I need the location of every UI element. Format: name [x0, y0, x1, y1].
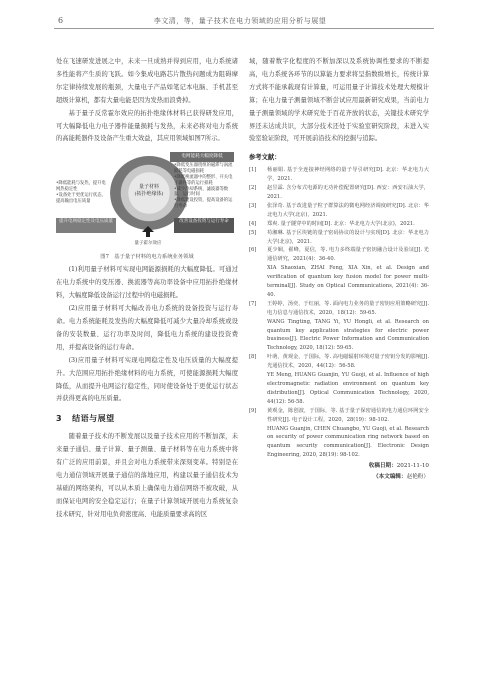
figure-center-label: 量子材料 (拓扑绝缘体): [126, 184, 172, 198]
figure-box-energy-loss: 电网能耗大幅度降低: [170, 152, 234, 162]
reference-item: [9]黄观金，陈创波，于国际，等. 基于量子保密通信的电力通信环网安全性研究[J…: [249, 407, 429, 425]
figure-box-stability: 提升电网稳定性及电压质量: [56, 218, 116, 233]
received-date: 收稿日期：2021-11-10: [249, 461, 429, 472]
reference-english: XIA Shaoxian, ZHAI Feng, XIA Xin, et al.…: [267, 264, 429, 300]
figure-caption: 图7 基于量子材料的电力系统业务领域: [56, 252, 238, 262]
paragraph: 域，随着数字化程度的不断加深以及系统协调性要求的不断提高，电力系统各环节的以算能…: [249, 56, 429, 146]
paragraph: (1)利用量子材料可实现电网能源损耗的大幅度降低。可通过在电力系统中的变压器、换…: [56, 264, 238, 303]
left-column: 处在飞速研发进展之中，未来一旦成熟并得到应用，电力系统诸多性能将产生质的飞跃。如…: [56, 56, 238, 522]
figure-input-label: 量子霍尔效应: [116, 238, 180, 251]
paragraph: 基于量子反常霍尔效应的拓扑绝缘体材料已获得研发应用，可大幅降低电力电子器件能量损…: [56, 108, 238, 147]
reference-list: [1]杨丽娟. 基于全连接神经网络的量子导引研究[D]. 北京：华北电力大学，2…: [249, 166, 429, 460]
right-column: 域，随着数字化程度的不断加深以及系统协调性要求的不断提高，电力系统各环节的以算能…: [249, 56, 429, 483]
reference-item: [4]郑爽. 量子隧穿中的时间[D]. 北京：华北电力大学(北京)，2021.: [249, 220, 429, 229]
paragraph: (3)应用量子材料可实现电网稳定性及电压质量的大幅度提升。大范围应用拓扑绝缘材料…: [56, 355, 238, 407]
running-title: 李文清，等，量子技术在电力领域的应用分析与展望: [0, 16, 480, 26]
paragraph: (2)应用量子材料可大幅改善电力系统的设备投资与运行寿命。电力系统能耗及发热的大…: [56, 303, 238, 355]
figure-list-right: •降低变压器绕组的磁滞与涡流损耗等电磁损耗 •降低换流器中的整形、开关电子器件等…: [174, 163, 236, 209]
arrow-stem: [146, 232, 150, 237]
figure-7: 量子材料 (拓扑绝缘体) 电网能耗大幅度降低 •降低变压器绕组的磁滞与涡流损耗等…: [56, 150, 238, 246]
reference-english: YE Meng, HUANG Guanjin, YU Guoji, et al.…: [267, 371, 429, 407]
reference-item: [7]王婷婷，汤奕，于红丽，等. 面向电力业务的量子密钥应用策略研究[J]. 电…: [249, 300, 429, 318]
reference-item: [5]苟湘琳. 基于区块链的量子密码协议的设计与实现[D]. 北京：华北电力大学…: [249, 229, 429, 247]
paragraph: 随着量子技术的不断发展以及量子技术应用的不断加深，未来量子通信、量子计算、量子测…: [56, 431, 238, 521]
reference-english: WANG Tingting, TANG Yi, YU Hongli, et al…: [267, 318, 429, 354]
figure-box-investment: 改善设备投资与运行寿命: [174, 218, 234, 233]
reference-item: [8]叶萌，黄观金，于国际，等. 高电磁辐射环境对量子密钥分发的影响[J]. 光…: [249, 353, 429, 371]
reference-item: [1]杨丽娟. 基于全连接神经网络的量子导引研究[D]. 北京：华北电力大学，2…: [249, 166, 429, 184]
figure-list-left: •降低能耗与发热，提升电网热稳定性 •设备处于更优运行状态，提高输出电压质量: [56, 181, 106, 204]
section-heading: 3结语与展望: [56, 413, 238, 426]
reference-item: [6]夏少姻，翟峰，夏信，等. 电力多终端量子密钥融合设计及验证[J]. 光通信…: [249, 246, 429, 264]
paragraph: 处在飞速研发进展之中，未来一旦成熟并得到应用，电力系统诸多性能将产生质的飞跃。如…: [56, 56, 238, 108]
references-heading: 参考文献：: [249, 152, 429, 165]
reference-english: HUANG Guanjin, CHEN Chuangbo, YU Guoji, …: [267, 425, 429, 461]
section-number: 3: [56, 414, 62, 423]
section-title: 结语与展望: [72, 414, 115, 423]
reference-item: [3]张泽奇. 基于改进量子粒子群算法的微电网经济调度研究[D]. 北京：华北电…: [249, 202, 429, 220]
header-rule: [54, 28, 434, 29]
reference-item: [2]赵昱霖. 含分布式电源的无功补偿配置研究[D]. 西安：西安石油大学，20…: [249, 184, 429, 202]
editor-note: （本文编辑：赵艳粉）: [249, 472, 429, 483]
